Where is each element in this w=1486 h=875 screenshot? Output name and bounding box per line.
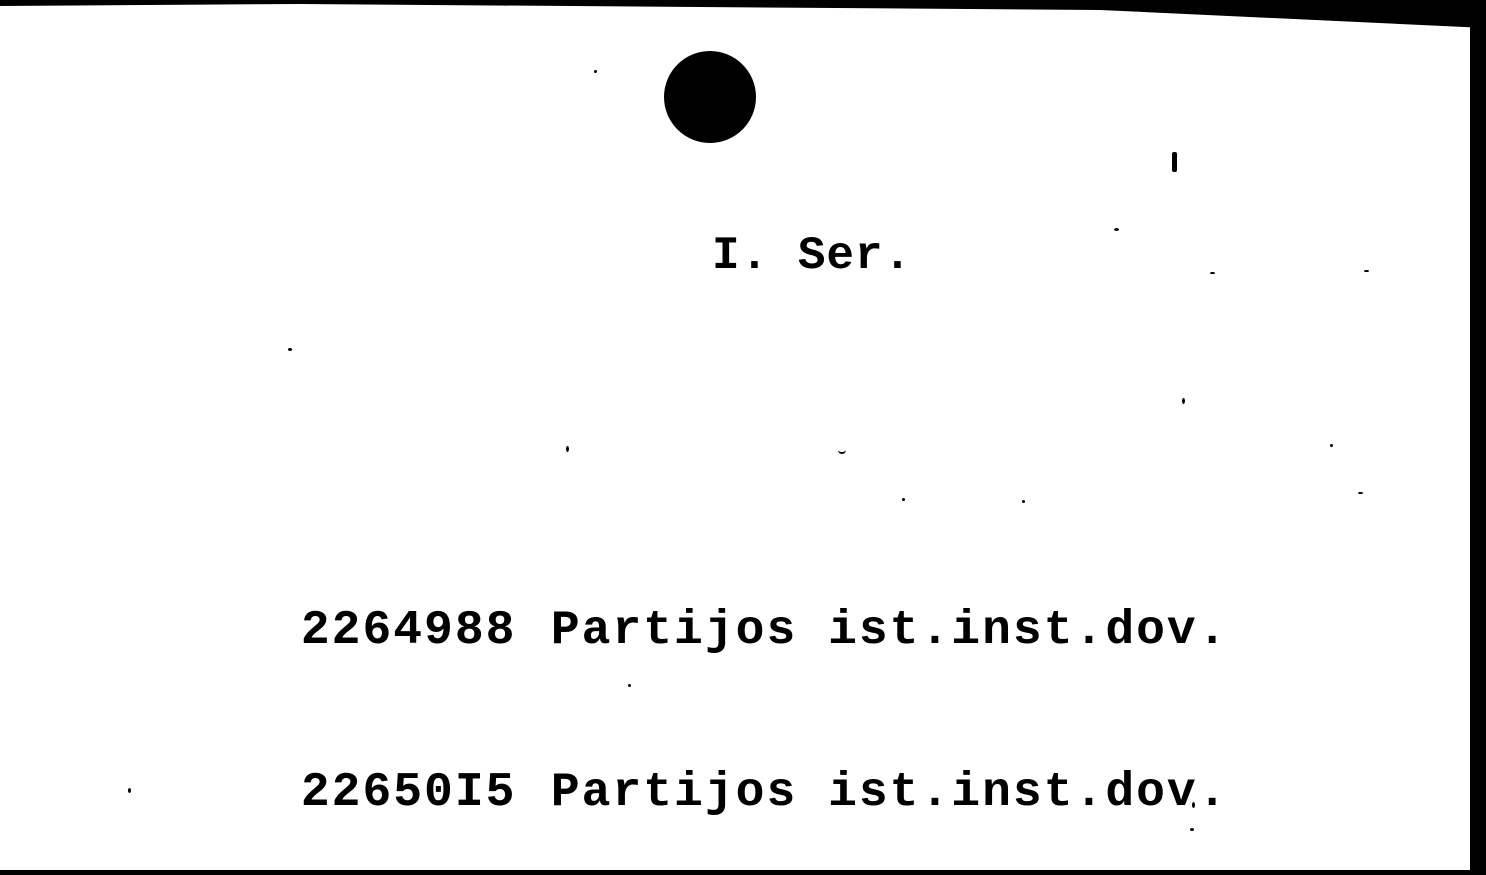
scan-speck (1172, 152, 1177, 172)
scan-speck (838, 442, 846, 454)
scan-speck (1358, 492, 1363, 494)
list-item: 22650I5Partijos ist.inst.dov. (116, 712, 1229, 874)
entry-number: 2264988 (301, 604, 551, 658)
scan-speck (566, 446, 569, 452)
catalog-card: I. Ser. 2264988Partijos ist.inst.dov. 22… (0, 4, 1470, 870)
card-heading: I. Ser. (712, 230, 912, 282)
scan-speck (1364, 270, 1369, 272)
entry-text: Partijos ist.inst.dov. (551, 766, 1229, 820)
scan-speck (628, 684, 631, 687)
entry-number: 22650I5 (301, 766, 551, 820)
scan-speck (902, 498, 905, 501)
scan-speck (1114, 228, 1119, 231)
punch-hole (664, 51, 756, 143)
scan-speck (594, 70, 597, 73)
scan-speck (1022, 500, 1025, 503)
scan-speck (1330, 444, 1333, 447)
scan-speck (1190, 828, 1194, 831)
scan-speck (1210, 272, 1215, 274)
scan-speck (128, 788, 131, 793)
scan-speck (288, 348, 292, 351)
scan-speck (1192, 802, 1195, 808)
entry-text: Partijos ist.inst.dov. (551, 604, 1229, 658)
entry-list: 2264988Partijos ist.inst.dov. 22650I5Par… (116, 550, 1229, 874)
list-item: 2264988Partijos ist.inst.dov. (116, 550, 1229, 712)
scan-speck (1182, 398, 1185, 404)
